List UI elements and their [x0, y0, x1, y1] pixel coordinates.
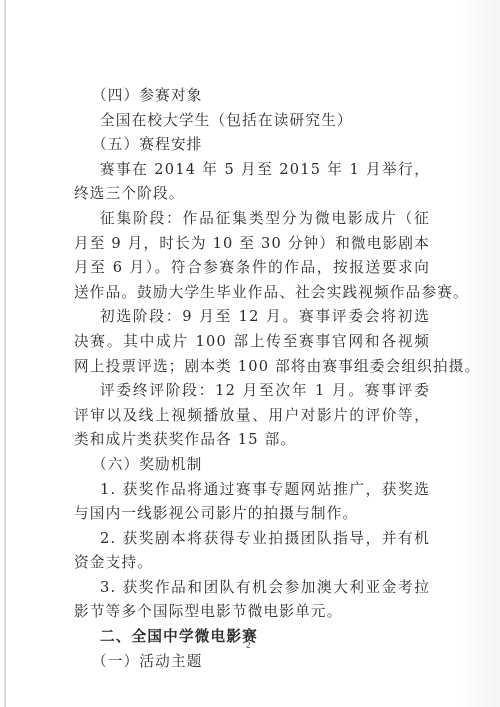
scan-left-edge	[4, 0, 6, 707]
reward-item-2-line: 2. 获奖剧本将获得专业拍摄团队指导，并有机会获得专项	[74, 527, 430, 552]
reward-item-1-line: 1. 获奖作品将通过赛事专题网站推广，获奖选手有机会参	[74, 478, 430, 503]
document-page: （四）参赛对象 全国在校大学生（包括在读研究生） （五）赛程安排 赛事在 201…	[74, 84, 430, 674]
paragraph-preliminary-stage-line: 决赛。其中成片 100 部上传至赛事官网和各视频门户网站进行	[74, 330, 430, 355]
reward-item-1-line: 与国内一线影视公司影片的拍摄与制作。	[74, 502, 430, 527]
paragraph-final-stage-line: 类和成片类获奖作品各 15 部。	[74, 428, 430, 453]
paragraph-collection-stage-line: 月至 6 月）。符合参赛条件的作品，按报送要求向赛事主办方发	[74, 256, 430, 281]
scan-right-shade	[460, 0, 500, 707]
page-number: 2	[246, 640, 251, 650]
section-heading-participants: （四）参赛对象	[74, 84, 430, 109]
part-heading-middle-school-contest: 二、全国中学微电影赛	[74, 625, 430, 650]
paragraph-participants: 全国在校大学生（包括在读研究生）	[74, 109, 430, 134]
paragraph-collection-stage-line: 月至 9 月，时长为 10 至 30 分钟）和微电影剧本（征集时间为 5	[74, 232, 430, 257]
paragraph-schedule-line: 赛事在 2014 年 5 月至 2015 年 1 月举行，分为征集、初选、	[74, 158, 430, 183]
reward-item-3-line: 影节等多个国际型电影节微电影单元。	[74, 600, 430, 625]
paragraph-final-stage-line: 评委终评阶段：12 月至次年 1 月。赛事评委会将通过集体	[74, 379, 430, 404]
section-heading-theme: （一）活动主题	[74, 650, 430, 675]
paragraph-final-stage-line: 评审以及线上视频播放量、用户对影片的评价等，评出最终剧本	[74, 404, 430, 429]
paragraph-preliminary-stage-line: 初选阶段：9 月至 12 月。赛事评委会将初选出 200 部进入	[74, 305, 430, 330]
paragraph-preliminary-stage-line: 网上投票评选；剧本类 100 部将由赛事组委会组织拍摄。	[74, 355, 430, 380]
paragraph-collection-stage-line: 送作品。鼓励大学生毕业作品、社会实践视频作品参赛。	[74, 281, 430, 306]
section-heading-schedule: （五）赛程安排	[74, 133, 430, 158]
section-heading-rewards: （六）奖励机制	[74, 453, 430, 478]
paragraph-collection-stage-line: 征集阶段：作品征集类型分为微电影成片（征集时间为 5	[74, 207, 430, 232]
reward-item-2-line: 资金支持。	[74, 551, 430, 576]
reward-item-3-line: 3. 获奖作品和团队有机会参加澳大利亚金考拉国际华语电	[74, 576, 430, 601]
paragraph-schedule-line: 终选三个阶段。	[74, 182, 430, 207]
